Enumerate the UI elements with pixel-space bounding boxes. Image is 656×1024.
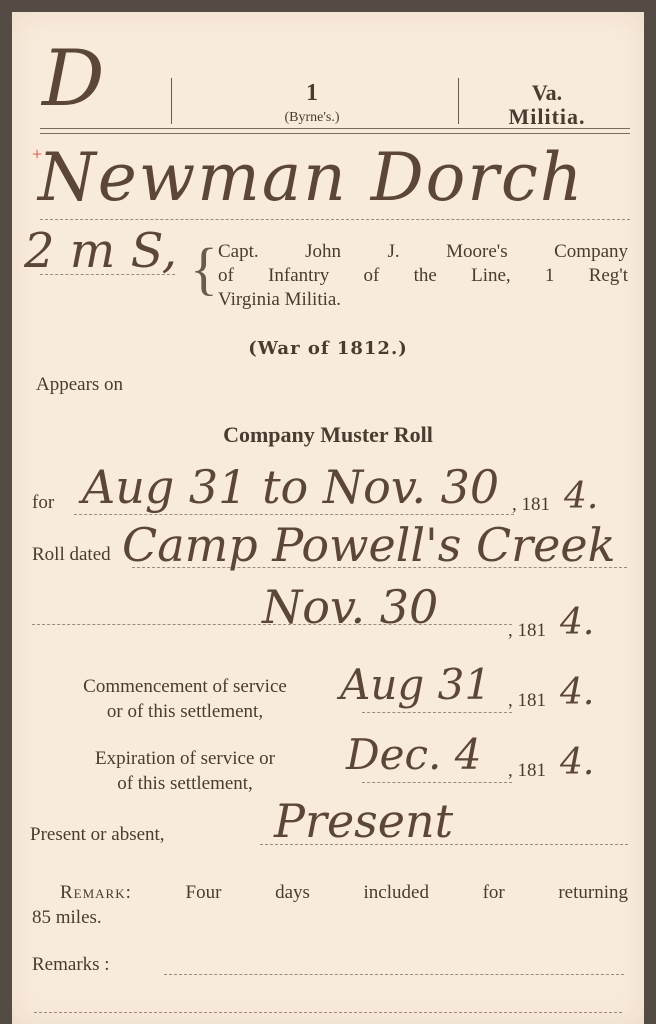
appears-on-label: Appears on (36, 374, 123, 396)
name-line (40, 219, 630, 220)
remark-text-2: 85 miles. (32, 905, 628, 930)
state: Va. (467, 80, 627, 106)
remarks-label: Remarks : (32, 954, 110, 976)
soldier-rank: 2 m S, (24, 227, 177, 275)
expiration-value: Dec. 4 (346, 730, 481, 779)
company-line: Capt. John J. Moore's Company (218, 240, 628, 264)
roll-dated-place: Camp Powell's Creek (122, 518, 616, 572)
company-line: of Infantry of the Line, 1 Reg't (218, 264, 628, 288)
roll-title: Company Muster Roll (12, 422, 644, 448)
unit-type: Militia. (467, 104, 627, 130)
handwritten-mark: D (42, 40, 105, 118)
company-description: Capt. John J. Moore's Company of Infantr… (218, 240, 628, 312)
war-label: (War of 1812.) (12, 338, 644, 359)
expiration-year-digit: 4. (560, 742, 594, 783)
remark-label: Remark: (60, 882, 132, 903)
expiration-year-prefix: , 181 (508, 760, 546, 782)
for-value: Aug 31 to Nov. 30 (82, 460, 499, 514)
commencement-line (362, 712, 512, 713)
header-rule (40, 133, 630, 134)
remarks-line-2[interactable] (34, 1012, 622, 1013)
company-line: Virginia Militia. (218, 288, 628, 312)
brace: { (190, 240, 218, 298)
card-number: 1 (252, 80, 372, 107)
remark: Remark: Four days included for returning… (32, 880, 628, 930)
header-rule (40, 128, 630, 129)
commencement-value: Aug 31 (340, 660, 491, 709)
expiration-line (362, 782, 512, 783)
roll-dated-label: Roll dated (32, 544, 111, 566)
roll-dated-year-digit: 4. (560, 602, 594, 643)
commencement-year-prefix: , 181 (508, 690, 546, 712)
remarks-line[interactable] (164, 974, 624, 975)
card-number-sub: (Byrne's.) (252, 110, 372, 126)
present-label: Present or absent, (30, 824, 165, 846)
remark-text: Four days included for returning (186, 882, 628, 903)
for-line (74, 514, 514, 515)
header-divider (171, 78, 172, 124)
for-year-prefix: , 181 (512, 494, 550, 516)
header-divider (458, 78, 459, 124)
roll-dated-year-prefix: , 181 (508, 620, 546, 642)
commencement-label: Commencement of service or of this settl… (30, 674, 340, 724)
expiration-label: Expiration of service or of this settlem… (30, 746, 340, 796)
muster-roll-card: D 1 (Byrne's.) Va. Militia. + Newman Dor… (12, 12, 644, 1024)
present-value: Present (274, 794, 453, 848)
rank-line (40, 274, 175, 275)
roll-dated-date: Nov. 30 (262, 580, 438, 634)
commencement-year-digit: 4. (560, 672, 594, 713)
for-year-digit: 4. (564, 476, 598, 517)
soldier-name: Newman Dorch (38, 142, 584, 215)
for-label: for (32, 492, 54, 514)
